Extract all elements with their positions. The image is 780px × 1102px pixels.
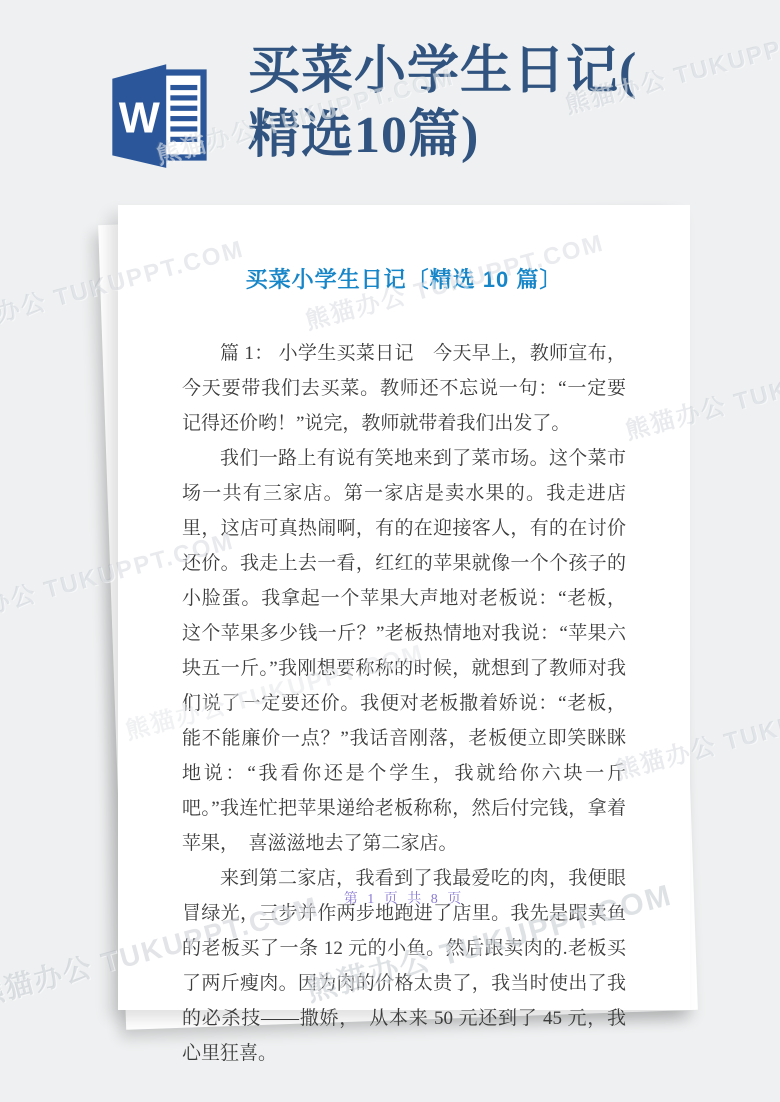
page-title: 买菜小学生日记(精选10篇)	[248, 40, 637, 168]
page-number: 第 1 页 共 8 页	[118, 888, 690, 908]
page-title-line2: 精选10篇)	[248, 107, 479, 164]
word-icon: W	[110, 58, 210, 172]
document-body: 篇 1： 小学生买菜日记 今天早上，教师宣布，今天要带我们去买菜。教师还不忘说一…	[182, 336, 626, 1071]
page-title-line1: 买菜小学生日记(	[248, 43, 637, 100]
document-paragraph: 篇 1： 小学生买菜日记 今天早上，教师宣布，今天要带我们去买菜。教师还不忘说一…	[182, 336, 626, 441]
document-page: 买菜小学生日记〔精选 10 篇〕 篇 1： 小学生买菜日记 今天早上，教师宣布，…	[118, 205, 690, 1010]
document-paragraph: 我们一路上有说有笑地来到了菜市场。这个菜市场一共有三家店。第一家店是卖水果的。我…	[182, 441, 626, 861]
word-icon-letter: W	[119, 95, 161, 143]
document-heading: 买菜小学生日记〔精选 10 篇〕	[182, 263, 626, 294]
preview-canvas: 熊猫办公 TUKUPPT.COM 熊猫办公 TUKUPPT.COM 熊猫办公 T…	[0, 0, 780, 1102]
